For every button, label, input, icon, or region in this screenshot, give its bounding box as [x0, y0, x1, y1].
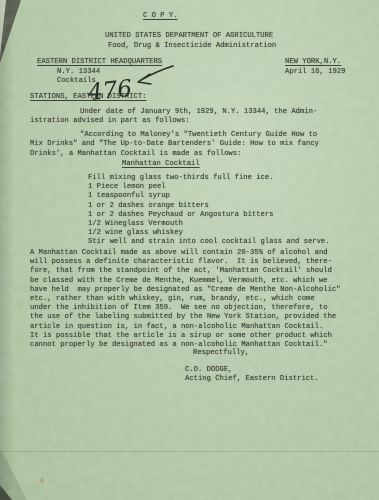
body-text-line: will possess a definite characteristic f…: [30, 258, 332, 267]
recipe-line: Stir well and strain into cool cocktail …: [88, 238, 330, 247]
department-line: UNITED STATES DEPARTMENT OF AGRICULTURE: [105, 32, 273, 41]
date-line: April 16, 1929: [285, 68, 345, 77]
salutation: STATIONS, EASTERN DISTRICT:: [30, 93, 146, 102]
body-text-line: have held may properly be designated as …: [30, 286, 341, 295]
body-text-line: be classed with the Creme de Menthe, Kue…: [30, 277, 328, 286]
body-text-line: "According to Maloney's "Twentieth Centu…: [80, 131, 317, 140]
body-text-line: cannot properly be designated as a non-a…: [30, 341, 328, 350]
city-line: NEW YORK,N.Y.: [285, 58, 341, 67]
recipe-line: 1/2 wine glass whiskey: [88, 229, 183, 238]
closing-respectfully: Respectfully,: [193, 349, 249, 358]
body-text-line: the use of the labeling submitted by the…: [30, 313, 336, 322]
body-text-line: A Manhattan Cocktail made as above will …: [30, 249, 328, 258]
letter-body: C O P Y. UNITED STATES DEPARTMENT OF AGR…: [0, 0, 379, 500]
recipe-line: 1 or 2 dashes orange bitters: [88, 202, 209, 211]
corner-page-mark: 6: [40, 478, 44, 487]
signature-title: Acting Chief, Eastern District.: [185, 375, 319, 384]
body-text-line: Under date of January 9th, 1929, N.Y. 13…: [80, 108, 317, 117]
body-text-line: istration advised in part as follows:: [30, 117, 190, 126]
recipe-line: 1 teaspoonful syrup: [88, 192, 170, 201]
body-text-line: It is possible that the article is a sir…: [30, 332, 332, 341]
body-text-line: fore, that from the standpoint of the ac…: [30, 267, 332, 276]
administration-line: Food, Drug & Insecticide Administration: [108, 42, 276, 51]
recipe-line: 1 Piece lemon peel: [88, 183, 166, 192]
office-line: EASTERN DISTRICT HEADQUARTERS: [37, 58, 162, 67]
scanned-letter-photo: C O P Y. UNITED STATES DEPARTMENT OF AGR…: [0, 0, 379, 500]
signature-name: C.O. DODGE,: [185, 366, 232, 375]
file-number: N.Y. 13344: [57, 68, 100, 77]
body-text-line: Mix Drinks" and "The Up-to-Date Bartende…: [30, 140, 319, 149]
recipe-line: 1/2 Wineglass Vermouth: [88, 220, 183, 229]
body-text-line: Drinks', a Manhattan Cocktail is made as…: [30, 150, 241, 159]
body-text-line: etc., rather than with whiskey, gin, rum…: [30, 295, 315, 304]
subject-line: Cocktails: [57, 77, 96, 86]
recipe-line: 1 or 2 dashes Peychaud or Angostura bitt…: [88, 211, 273, 220]
body-text-line: article in question is, in fact, a non-a…: [30, 323, 323, 332]
copy-heading: C O P Y.: [143, 12, 178, 21]
recipe-title: Manhattan Cocktail: [122, 160, 200, 169]
recipe-line: Fill mixing glass two-thirds full fine i…: [88, 174, 273, 183]
body-text-line: under the inhibition of Item 359. We see…: [30, 304, 328, 313]
